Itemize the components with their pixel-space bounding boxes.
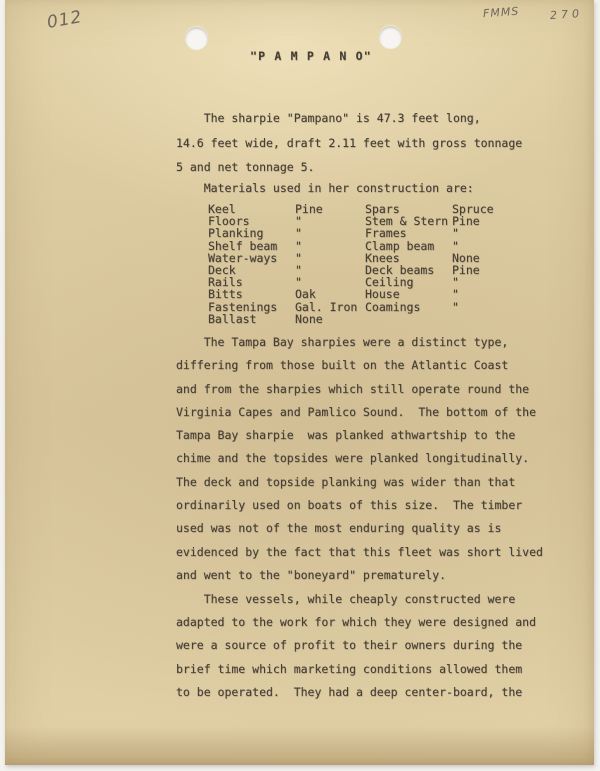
table-cell: None <box>295 313 323 325</box>
page-title: "P A M P A N O" <box>250 49 372 63</box>
table-cell: House <box>365 288 400 300</box>
paragraph-dimensions: The sharpie "Pampano" is 47.3 feet long,… <box>176 106 522 180</box>
typed-line: and from the sharpies which still operat… <box>176 378 543 401</box>
hole-punch-left <box>185 27 208 50</box>
typed-line: adapted to the work for which they were … <box>176 611 536 634</box>
table-row: BallastNone <box>205 313 535 325</box>
typed-line: used was not of the most enduring qualit… <box>176 517 543 540</box>
table-cell: " <box>452 288 459 300</box>
table-cell: " <box>295 240 302 252</box>
table-cell: Planking <box>208 227 263 239</box>
typed-line: These vessels, while cheaply constructed… <box>176 588 536 611</box>
handwritten-corner-number: 012 <box>46 7 84 33</box>
typed-line: The sharpie "Pampano" is 47.3 feet long, <box>176 106 522 131</box>
table-cell: " <box>295 227 302 239</box>
typed-line: chime and the topsides were planked long… <box>176 447 543 470</box>
table-cell: Ballast <box>208 313 256 325</box>
hole-punch-right <box>379 26 402 49</box>
typed-line: ordinarily used on boats of this size. T… <box>176 494 543 517</box>
table-row: BittsOakHouse" <box>205 288 535 300</box>
handwritten-archive-number: 270 <box>550 7 584 22</box>
paper-sheet: 012 FMMS 270 "P A M P A N O" The sharpie… <box>5 0 594 765</box>
typed-line: Tampa Bay sharpie was planked athwartshi… <box>176 424 543 447</box>
table-cell: Frames <box>365 227 407 239</box>
paragraph-these-vessels: These vessels, while cheaply constructed… <box>176 588 536 704</box>
typed-line: were a source of profit to their owners … <box>176 634 536 657</box>
table-cell: Bitts <box>208 288 243 300</box>
materials-heading: Materials used in her construction are: <box>176 176 474 200</box>
table-cell: Oak <box>295 288 316 300</box>
typed-line: Virginia Capes and Pamlico Sound. The bo… <box>176 401 543 424</box>
table-cell: Fastenings <box>208 301 277 313</box>
table-row: Planking"Frames" <box>205 227 535 239</box>
materials-table: KeelPineSparsSpruceFloors"Stem & SternPi… <box>205 203 535 325</box>
table-cell: Shelf beam <box>208 240 277 252</box>
table-cell: " <box>452 301 459 313</box>
typed-line: brief time which marketing conditions al… <box>176 658 536 681</box>
table-row: FasteningsGal. IronCoamings" <box>205 301 535 313</box>
table-cell: Coamings <box>365 301 420 313</box>
table-row: Shelf beam"Clamp beam" <box>205 240 535 252</box>
typed-line: The deck and topside planking was wider … <box>176 471 543 494</box>
handwritten-archive-code: FMMS <box>483 5 520 21</box>
typed-line: and went to the "boneyard" prematurely. <box>176 564 543 587</box>
scanned-document-page: { "page": { "corner_number": "012", "arc… <box>0 0 600 771</box>
table-cell: Gal. Iron <box>295 301 357 313</box>
table-cell: " <box>452 240 459 252</box>
table-cell: Clamp beam <box>365 240 434 252</box>
typed-line: 14.6 feet wide, draft 2.11 feet with gro… <box>176 131 522 156</box>
table-cell: " <box>452 227 459 239</box>
typed-line: evidenced by the fact that this fleet wa… <box>176 541 543 564</box>
paragraph-tampa-bay-sharpies: The Tampa Bay sharpies were a distinct t… <box>176 331 543 587</box>
typed-line: to be operated. They had a deep center-b… <box>176 681 536 704</box>
typed-line: differing from those built on the Atlant… <box>176 354 543 377</box>
typed-line: The Tampa Bay sharpies were a distinct t… <box>176 331 543 354</box>
